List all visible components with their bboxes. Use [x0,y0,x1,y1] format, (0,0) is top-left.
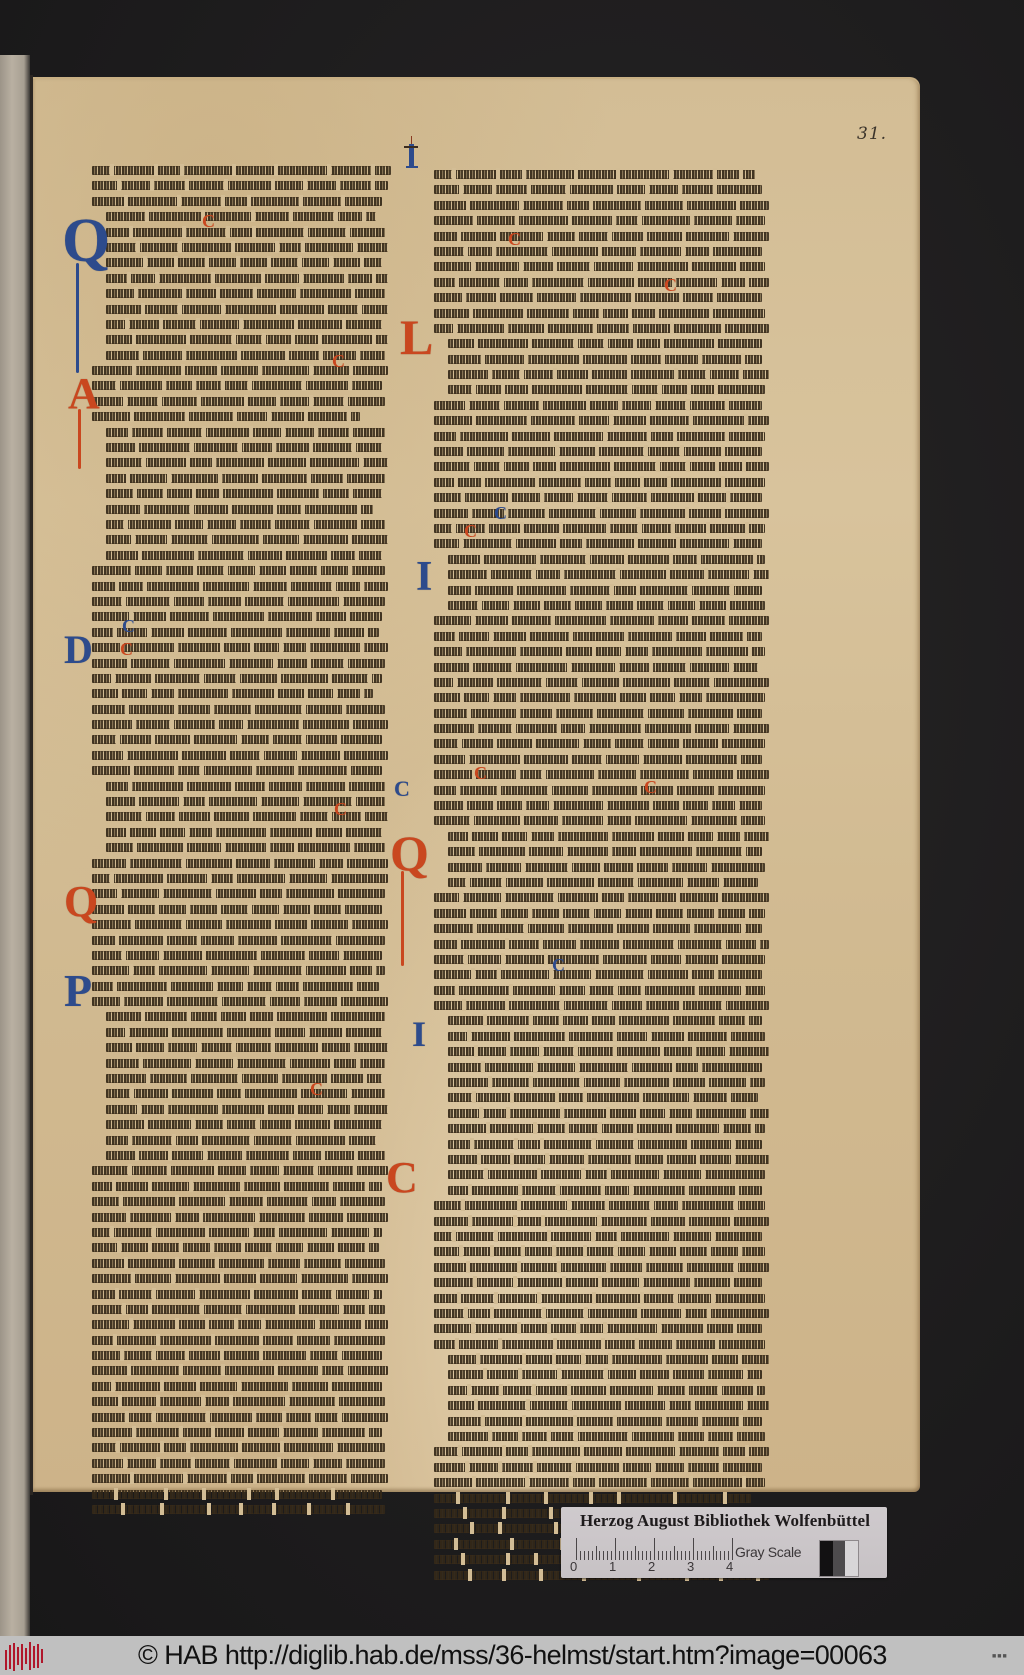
word-space [489,691,493,703]
word-space [634,276,638,288]
word-space [672,1061,676,1073]
word-space [212,456,216,468]
word-space [205,1318,209,1330]
word-space [649,922,653,934]
word-space [148,1180,152,1192]
word-space [682,230,686,242]
word-space [112,1180,116,1192]
word-space [170,657,174,669]
word-space [461,1199,465,1211]
word-space [541,1215,545,1227]
word-space [168,1149,172,1161]
text-line [434,705,779,720]
word-space [360,687,364,699]
ink-stroke [92,766,382,775]
word-space [162,564,166,576]
word-space [242,1149,246,1161]
word-space [110,872,114,884]
word-space [289,1149,293,1161]
paragraph-mark-icon: C [120,640,133,658]
text-line [434,474,779,489]
word-space [633,1122,637,1134]
word-space [132,718,136,730]
ink-stroke [106,1089,385,1098]
word-space [125,703,129,715]
word-space [681,1307,685,1319]
word-space [493,676,497,688]
word-space [274,164,278,176]
word-space [686,661,690,673]
word-space [279,1426,283,1438]
word-space [580,1076,584,1088]
word-space [615,1014,619,1026]
text-line [92,362,397,377]
word-space [679,799,683,811]
word-space [669,1230,673,1242]
word-space [179,1426,183,1438]
word-space [307,1503,311,1515]
word-space [528,907,532,919]
word-space [162,379,166,391]
word-space [725,614,729,626]
text-line [434,843,779,858]
word-space [350,841,354,853]
word-space [229,1395,233,1407]
text-line [434,1213,779,1228]
ink-stroke [448,1078,765,1087]
word-space [595,1476,599,1488]
word-space [455,276,459,288]
word-space [208,533,212,545]
word-space [297,1087,301,1099]
word-space [287,580,291,592]
text-line [92,1332,397,1347]
text-line [434,1351,779,1366]
word-space [455,1338,459,1350]
word-space [652,907,656,919]
word-space [501,383,505,395]
word-space [191,1457,195,1469]
word-space [711,1230,715,1242]
word-space [272,1241,276,1253]
word-space [654,830,658,842]
word-space [628,383,632,395]
word-space [733,768,737,780]
text-line [92,377,397,392]
word-space [557,1261,561,1273]
word-space [641,984,645,996]
word-space [745,1445,749,1457]
word-space [244,1426,248,1438]
ink-stroke [92,1336,385,1345]
word-space [285,872,289,884]
word-space [259,1349,263,1361]
word-space [598,891,602,903]
text-line [434,228,779,243]
word-space [613,1415,617,1427]
word-space [496,291,500,303]
word-space [257,949,261,961]
word-space [327,1010,331,1022]
word-space [606,1107,610,1119]
word-space [340,749,344,761]
word-space [567,1384,571,1396]
word-space [526,630,530,642]
word-space [262,333,266,345]
word-space [160,1380,164,1392]
word-space [291,333,295,345]
word-space [619,1461,623,1473]
word-space [631,814,635,826]
word-space [714,784,718,796]
word-space [584,276,588,288]
text-line [92,870,397,885]
word-space [231,780,235,792]
ink-stroke [92,1490,382,1499]
word-space [202,949,206,961]
word-space [529,460,533,472]
ink-stroke [106,258,382,267]
word-space [305,1472,309,1484]
ink-stroke [434,170,755,179]
word-space [727,1091,731,1103]
text-line [92,393,397,408]
word-space [116,379,120,391]
word-space [285,1395,289,1407]
ink-stroke [106,320,382,329]
word-space [221,1364,225,1376]
word-space [513,584,517,596]
text-line [92,578,397,593]
word-space [735,799,739,811]
text-line [92,993,397,1008]
ink-stroke [434,401,762,410]
word-space [350,1041,354,1053]
word-space [639,1091,643,1103]
text-line [434,1336,779,1351]
word-space [619,676,623,688]
word-space [493,737,497,749]
word-space [506,1107,510,1119]
text-line [92,1347,397,1362]
word-space [664,599,668,611]
word-space [307,472,311,484]
word-space [669,553,673,565]
word-space [459,537,463,549]
word-space [312,610,316,622]
word-space [124,1257,128,1269]
word-space [560,999,564,1011]
word-space [552,1245,556,1257]
word-space [144,1118,148,1130]
text-line [434,289,779,304]
word-space [189,1180,193,1192]
ink-stroke [434,1201,765,1210]
word-space [665,1399,669,1411]
paragraph-mark-icon: C [474,764,487,782]
ink-stroke [106,428,385,437]
ink-stroke [106,1043,388,1052]
word-space [730,1215,734,1227]
word-space [319,487,323,499]
word-space [628,1061,632,1073]
word-space [745,276,749,288]
word-space [308,1195,312,1207]
word-space [739,1415,743,1427]
ink-stroke [448,586,762,595]
word-space [620,1076,624,1088]
word-space [200,672,204,684]
word-space [687,383,691,395]
word-space [726,599,730,611]
word-space [297,1272,301,1284]
word-space [509,984,513,996]
word-space [669,1014,673,1026]
word-space [305,949,309,961]
word-space [519,199,523,211]
word-space [181,364,185,376]
word-space [556,1184,560,1196]
word-space [639,753,643,765]
ruler-tick [654,1538,655,1560]
hab-logo-icon[interactable] [5,1642,47,1670]
word-space [498,1461,502,1473]
word-space [739,168,743,180]
paragraph-mark-icon: C [122,617,135,635]
word-space [532,568,536,580]
word-space [686,460,690,472]
word-space [143,580,147,592]
ink-stroke [106,228,385,237]
text-line [434,689,779,704]
text-line [92,1316,397,1331]
word-space [649,799,653,811]
word-space [481,1061,485,1073]
word-space [678,183,682,195]
ink-stroke [434,709,762,718]
word-space [653,1384,657,1396]
word-space [170,718,174,730]
word-space [616,691,620,703]
ink-stroke [106,535,388,544]
word-space [339,949,343,961]
ink-stroke [434,801,762,810]
word-space [330,1057,334,1069]
word-space [485,522,489,534]
word-space [510,1153,514,1165]
word-space [634,876,638,888]
word-space [617,1230,621,1242]
word-space [190,503,194,515]
ruler-number: 1 [609,1559,616,1574]
word-space [502,1569,506,1581]
word-space [629,322,633,334]
word-space [226,749,230,761]
word-space [225,657,229,669]
paragraph-mark-icon: C [332,352,345,370]
word-space [365,1303,369,1315]
word-space [548,784,552,796]
word-space [458,737,462,749]
word-space [138,549,142,561]
word-space [570,691,574,703]
word-space [471,968,475,980]
word-space [500,276,504,288]
word-space [466,1261,470,1273]
word-space [294,318,298,330]
word-space [142,810,146,822]
word-space [299,980,303,992]
text-line [434,643,779,658]
word-space [671,522,675,534]
grayscale-label: Gray Scale [735,1544,801,1560]
word-space [171,1211,175,1223]
word-space [263,1195,267,1207]
word-space [343,857,347,869]
word-space [707,861,711,873]
ink-stroke [434,416,769,425]
word-space [314,426,318,438]
word-space [670,676,674,688]
word-space [164,1103,168,1115]
word-space [299,795,303,807]
word-space [673,784,677,796]
word-space [152,1226,156,1238]
ink-stroke [448,1417,762,1426]
word-space [562,645,566,657]
word-space [352,441,356,453]
word-space [510,1538,514,1550]
word-space [649,661,653,673]
word-space [365,1180,369,1192]
logo-bar [37,1644,39,1668]
word-space [249,1226,253,1238]
more-dots-icon[interactable]: ■■■ [992,1653,1008,1660]
word-space [242,1303,246,1315]
word-space [159,318,163,330]
word-space [518,1368,522,1380]
decorated-initial-c: C [394,778,410,800]
word-space [191,1118,195,1130]
word-space [200,764,204,776]
word-space [504,322,508,334]
word-space [452,168,456,180]
word-space [360,256,364,268]
word-space [465,753,469,765]
word-space [486,1122,490,1134]
word-space [303,179,307,191]
word-space [624,891,628,903]
word-space [201,1395,205,1407]
word-space [186,456,190,468]
word-space [145,210,149,222]
word-space [304,410,308,422]
text-line [434,1105,779,1120]
folio-number: 31. [857,124,887,144]
word-space [550,430,554,442]
word-space [128,1164,132,1176]
word-space [239,1503,243,1515]
word-space [344,395,348,407]
text-line [434,1305,779,1320]
word-space [521,1245,525,1257]
ink-stroke [448,1432,765,1441]
decorated-initial-c: C [386,1156,418,1200]
text-line [92,424,397,439]
ink-stroke [92,628,379,637]
word-space [341,195,345,207]
word-space [574,168,578,180]
word-space [298,1288,302,1300]
word-space [722,999,726,1011]
ink-stroke [106,243,388,252]
word-space [706,630,710,642]
word-space [146,1072,150,1084]
word-space [274,1364,278,1376]
word-space [640,1292,644,1304]
word-space [741,353,745,365]
word-space [309,395,313,407]
text-line [434,1428,779,1443]
word-space [277,672,281,684]
word-space [205,1226,209,1238]
text-line [434,674,779,689]
word-space [575,230,579,242]
word-space [124,195,128,207]
word-space [286,1057,290,1069]
word-space [647,1215,651,1227]
word-space [250,1288,254,1300]
word-space [125,1411,129,1423]
word-space [743,630,747,642]
word-space [608,845,612,857]
word-space [685,1215,689,1227]
word-space [685,1184,689,1196]
word-space [227,626,231,638]
word-space [264,1103,268,1115]
word-space [604,337,608,349]
word-space [498,1338,502,1350]
word-space [472,383,476,395]
copyright-url[interactable]: © HAB http://diglib.hab.de/mss/36-helmst… [138,1640,887,1671]
word-space [175,810,179,822]
word-space [457,938,461,950]
word-space [269,733,273,745]
word-space [227,1472,231,1484]
word-space [175,1195,179,1207]
word-space [354,1149,358,1161]
word-space [315,857,319,869]
word-space [270,857,274,869]
word-space [332,580,336,592]
word-space [704,1368,708,1380]
text-line [92,1378,397,1393]
ink-stroke [92,566,385,575]
word-space [453,676,457,688]
word-space [178,241,182,253]
word-space [309,1457,313,1469]
word-space [721,507,725,519]
word-space [467,1384,471,1396]
text-line [434,566,779,581]
word-space [252,1411,256,1423]
word-space [718,891,722,903]
word-space [506,1045,510,1057]
word-space [311,1411,315,1423]
word-space [458,1445,462,1457]
word-space [639,1276,643,1288]
word-space [276,395,280,407]
